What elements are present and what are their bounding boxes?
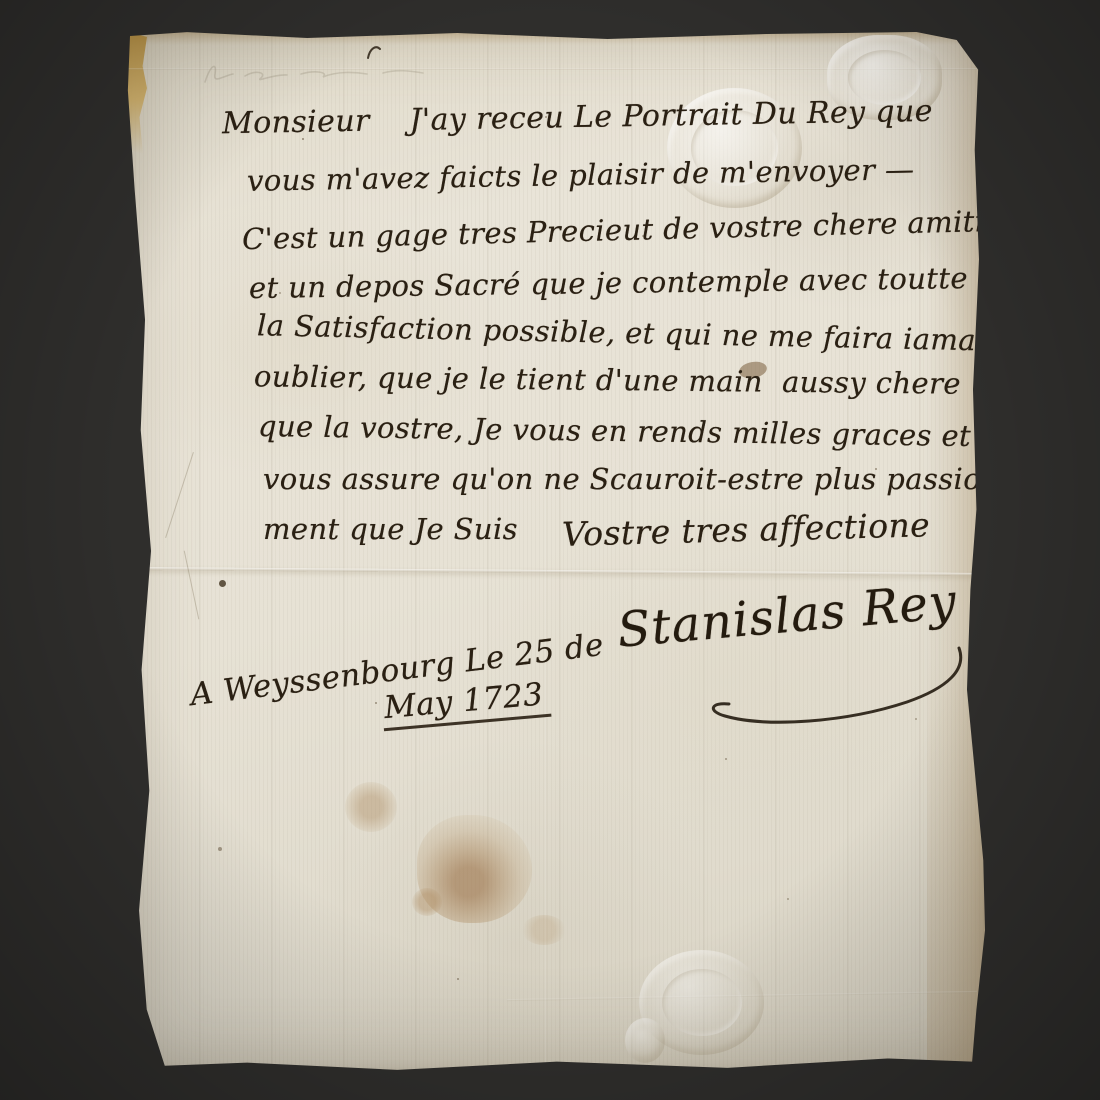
toned-right-edge [927, 30, 985, 1072]
embossed-watermark [625, 1018, 665, 1063]
letter-paper: Monsieur J'ay receu Le Portrait Du Rey q… [127, 30, 985, 1072]
foxing-specks [127, 30, 129, 32]
letter-line: vous assure qu'on ne Scauroit-estre plus… [263, 462, 1028, 496]
small-ink-mark [365, 42, 383, 62]
faint-pencil-inscription [197, 56, 457, 90]
paper-edge-chip [128, 360, 139, 455]
letter-line: ment que Je Suis [263, 512, 518, 546]
photo-background: Monsieur J'ay receu Le Portrait Du Rey q… [0, 0, 1100, 1100]
